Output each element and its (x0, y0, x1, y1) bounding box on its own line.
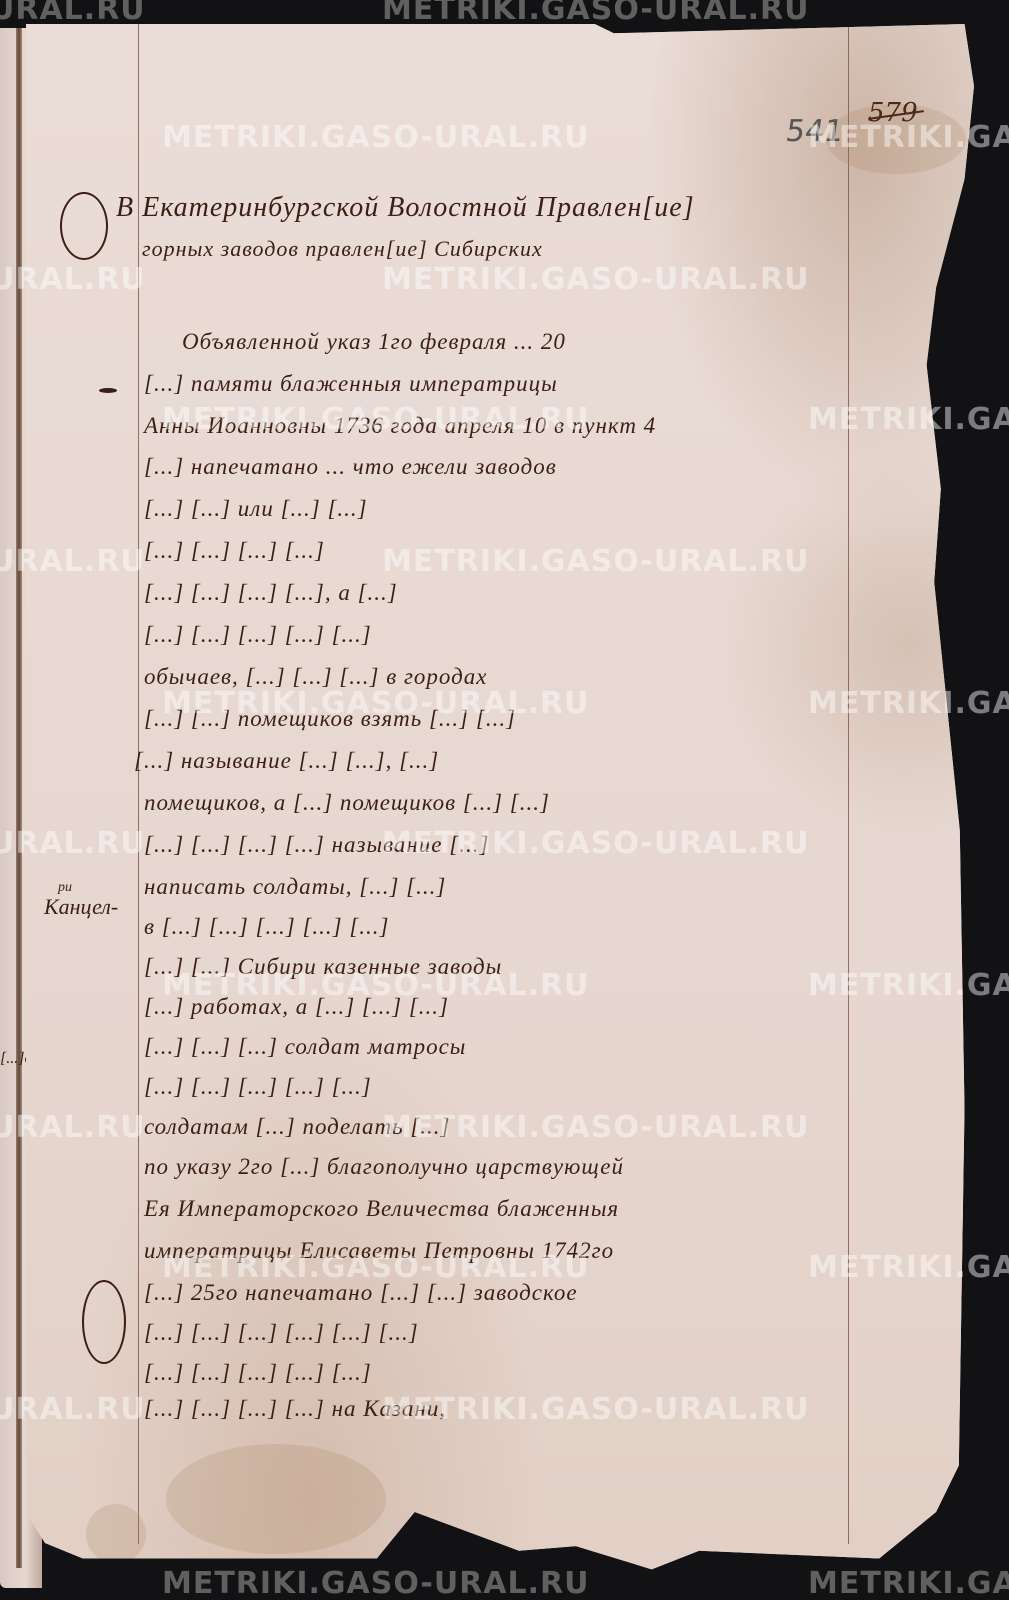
body-line: [...] [...] [...] [...] [...] (144, 1360, 372, 1386)
body-line: [...] [...] [...] [...] называние [...] (144, 832, 489, 858)
folio-number-pencil: 541 (784, 114, 846, 149)
body-line: [...] [...] Сибири казенные заводы (144, 954, 502, 980)
folio-number-ink-crossed: 579 (868, 98, 918, 128)
body-line: Объявленной указ 1го февраля ... 20 (182, 329, 566, 355)
book-gutter (16, 28, 22, 1568)
body-line: солдатам [...] поделать [...] (144, 1114, 450, 1140)
watermark: METRIKI.GASO-URAL.RU (382, 0, 810, 27)
body-line: [...] работах, а [...] [...] [...] (144, 994, 449, 1020)
body-line: [...] называние [...] [...], [...] (134, 748, 439, 774)
body-line: [...] [...] [...] [...] [...] (144, 622, 372, 648)
watermark: METRIKI.GA (808, 1566, 1009, 1600)
body-line: по указу 2го [...] благополучно царствую… (144, 1154, 624, 1180)
document-page: 541 579 В Екатеринбургской Волостной Пра… (26, 24, 974, 1574)
right-margin-rule (848, 24, 849, 1544)
body-line: [...] [...] [...] [...], а [...] (144, 580, 398, 606)
water-stain (86, 1504, 146, 1564)
body-line: [...] напечатано ... что ежели заводов (144, 454, 557, 480)
watermark: METRIKI.GASO-URAL.RU (162, 1566, 590, 1600)
body-line: Анны Иоанновны 1736 года апреля 10 в пун… (144, 413, 656, 439)
body-line: [...] [...] [...] [...] (144, 538, 325, 564)
water-stain (166, 1444, 386, 1554)
body-line: [...] [...] или [...] [...] (144, 496, 368, 522)
body-line: помещиков, а [...] помещиков [...] [...] (144, 790, 550, 816)
margin-note-chancellery: ри Канцел- (44, 894, 118, 920)
body-line: [...] [...] [...] [...] на Казани, (144, 1396, 446, 1422)
body-line: в [...] [...] [...] [...] [...] (144, 914, 390, 940)
body-line: написать солдаты, [...] [...] (144, 874, 446, 900)
margin-note-text: Канцел- (44, 894, 118, 919)
initial-flourish (60, 192, 108, 260)
body-line: императрицы Елисаветы Петровны 1742го (144, 1238, 614, 1264)
body-line: [...] [...] [...] [...] [...] [...] (144, 1320, 419, 1346)
body-line: Ея Императорского Величества блаженныя (144, 1196, 619, 1222)
left-margin-rule (138, 24, 139, 1544)
body-line: [...] 25го напечатано [...] [...] заводс… (144, 1280, 578, 1306)
heading-line-2: горных заводов правлен[ие] Сибирских (142, 236, 543, 262)
heading-line-1: В Екатеринбургской Волостной Правлен[ие] (116, 192, 695, 224)
margin-dash-mark (99, 388, 117, 393)
body-line: [...] [...] [...] солдат матросы (144, 1034, 466, 1060)
signature-flourish (82, 1280, 126, 1364)
body-line: [...] [...] помещиков взять [...] [...] (144, 706, 516, 732)
body-line: [...] памяти блаженныя императрицы (144, 371, 558, 397)
margin-note-superscript: ри (58, 880, 72, 896)
body-line: [...] [...] [...] [...] [...] (144, 1074, 372, 1100)
watermark: URAL.RU (0, 0, 146, 27)
body-line: обычаев, [...] [...] [...] в городах (144, 664, 487, 690)
